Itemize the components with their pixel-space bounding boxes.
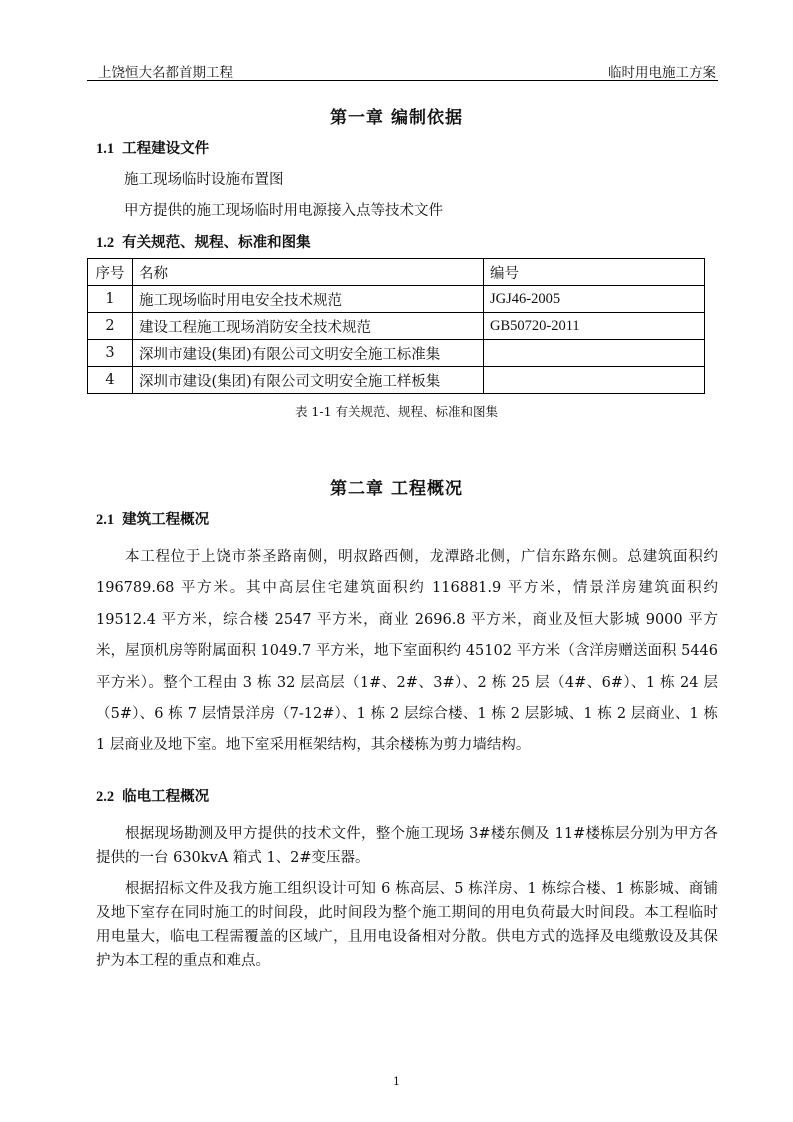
section-title: 建筑工程概况: [122, 512, 209, 528]
section-title: 临电工程概况: [122, 789, 209, 805]
cell-code: [484, 340, 705, 367]
table-row: 3 深圳市建设(集团)有限公司文明安全施工标准集: [88, 340, 705, 367]
section-number: 2.1: [96, 512, 114, 528]
cell-index: 3: [88, 340, 133, 367]
basis-item: 施工现场临时设施布置图: [124, 168, 284, 189]
cell-code: JGJ46-2005: [484, 286, 705, 313]
cell-name: 施工现场临时用电安全技术规范: [133, 286, 484, 313]
cell-name: 深圳市建设(集团)有限公司文明安全施工标准集: [133, 340, 484, 367]
section-number: 1.2: [96, 235, 114, 251]
header-project-name: 上饶恒大名都首期工程: [98, 61, 233, 81]
table-caption: 表 1-1 有关规范、规程、标准和图集: [0, 402, 793, 420]
section-2-1-heading: 2.1建筑工程概况: [96, 508, 209, 529]
page-number: 1: [0, 1075, 793, 1088]
column-header-name: 名称: [133, 259, 484, 286]
section-number: 2.2: [96, 789, 114, 805]
table-header-row: 序号 名称 编号: [88, 259, 705, 286]
section-1-1-heading: 1.1工程建设文件: [96, 137, 209, 158]
standards-table: 序号 名称 编号 1 施工现场临时用电安全技术规范 JGJ46-2005 2 建…: [87, 258, 705, 394]
cell-name: 深圳市建设(集团)有限公司文明安全施工样板集: [133, 367, 484, 394]
page-header: 上饶恒大名都首期工程 临时用电施工方案: [87, 60, 718, 81]
cell-index: 2: [88, 313, 133, 340]
basis-item: 甲方提供的施工现场临时用电源接入点等技术文件: [124, 199, 443, 220]
column-header-code: 编号: [484, 259, 705, 286]
cell-name: 建设工程施工现场消防安全技术规范: [133, 313, 484, 340]
section-title: 有关规范、规程、标准和图集: [122, 235, 311, 251]
building-overview-paragraph: 本工程位于上饶市茶圣路南侧，明叔路西侧，龙潭路北侧，广信东路东侧。总建筑面积约 …: [96, 542, 718, 762]
cell-index: 4: [88, 367, 133, 394]
section-title: 工程建设文件: [122, 141, 209, 157]
section-number: 1.1: [96, 141, 114, 157]
cell-index: 1: [88, 286, 133, 313]
power-overview-paragraph: 根据现场勘测及甲方提供的技术文件，整个施工现场 3#楼东侧及 11#楼栋层分别为…: [96, 822, 718, 870]
chapter-2-title: 第二章 工程概况: [0, 474, 793, 499]
section-1-2-heading: 1.2有关规范、规程、标准和图集: [96, 231, 311, 252]
chapter-1-title: 第一章 编制依据: [0, 103, 793, 128]
table-row: 2 建设工程施工现场消防安全技术规范 GB50720-2011: [88, 313, 705, 340]
table-row: 1 施工现场临时用电安全技术规范 JGJ46-2005: [88, 286, 705, 313]
table-row: 4 深圳市建设(集团)有限公司文明安全施工样板集: [88, 367, 705, 394]
column-header-index: 序号: [88, 259, 133, 286]
header-document-title: 临时用电施工方案: [608, 61, 716, 81]
power-overview-paragraph: 根据招标文件及我方施工组织设计可知 6 栋高层、5 栋洋房、1 栋综合楼、1 栋…: [96, 877, 718, 973]
cell-code: GB50720-2011: [484, 313, 705, 340]
cell-code: [484, 367, 705, 394]
section-2-2-heading: 2.2临电工程概况: [96, 785, 209, 806]
